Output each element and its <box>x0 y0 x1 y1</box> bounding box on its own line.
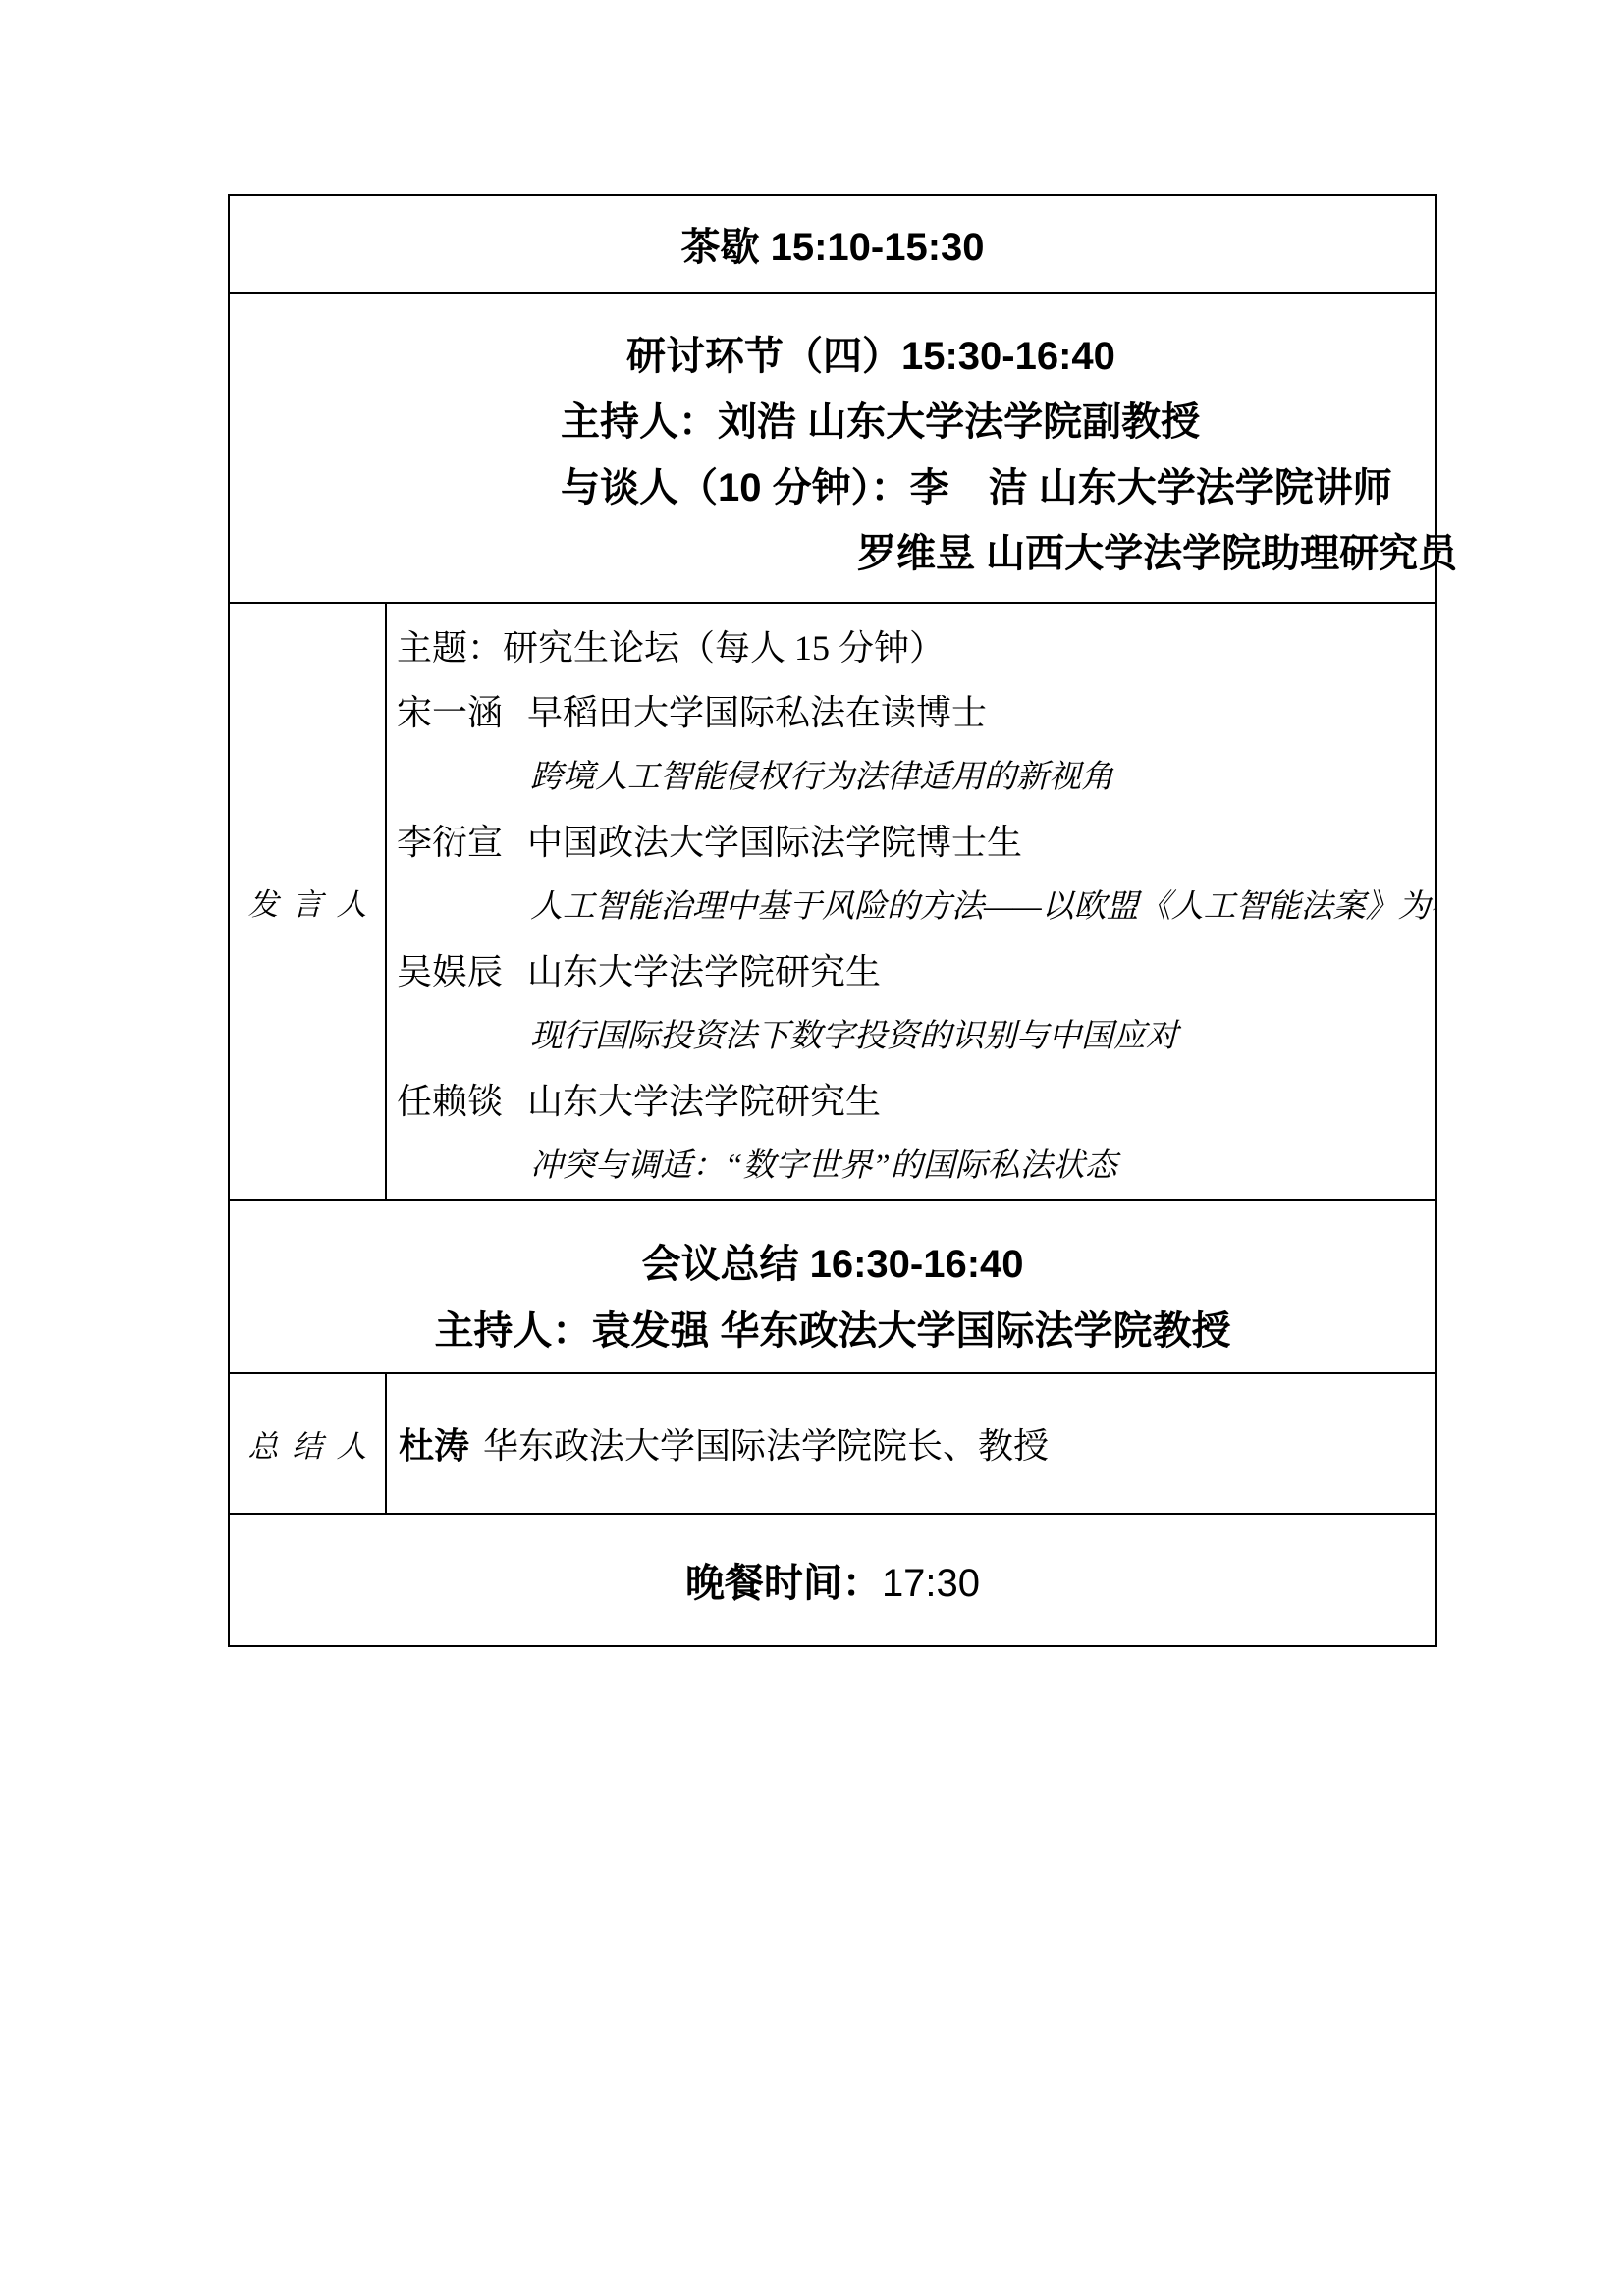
paper-title: 现行国际投资法下数字投资的识别与中国应对 <box>397 1004 1435 1069</box>
dinner-label: 晚餐时间： <box>685 1562 882 1605</box>
speakers-content-cell: 主题：研究生论坛（每人 15 分钟） 宋一涵早稻田大学国际私法在读博士 跨境人工… <box>387 604 1435 1199</box>
session4-title: 研讨环节（四）15:30-16:40 <box>626 324 1435 390</box>
speaker-affiliation: 早稻田大学国际私法在读博士 <box>527 693 987 732</box>
speaker-line: 吴娱辰山东大学法学院研究生 <box>397 939 1435 1004</box>
summarizer-line: 杜涛华东政法大学国际法学院院长、教授 <box>399 1418 1049 1468</box>
dinner-line: 晚餐时间：17:30 <box>685 1552 980 1608</box>
speakers-row: 发言人 主题：研究生论坛（每人 15 分钟） 宋一涵早稻田大学国际私法在读博士 … <box>230 604 1435 1201</box>
speaker-line: 李衍宣中国政法大学国际法学院博士生 <box>397 810 1435 875</box>
forum-topic-line: 主题：研究生论坛（每人 15 分钟） <box>397 615 1435 680</box>
tea-break-text: 茶歇 15:10-15:30 <box>680 216 984 272</box>
tea-break-row: 茶歇 15:10-15:30 <box>230 196 1435 294</box>
speaker-entry: 吴娱辰山东大学法学院研究生 现行国际投资法下数字投资的识别与中国应对 <box>397 939 1435 1069</box>
summarizer-label-cell: 总结人 <box>230 1374 387 1513</box>
summary-session-title: 会议总结 16:30-16:40 <box>230 1231 1435 1298</box>
speaker-entry: 李衍宣中国政法大学国际法学院博士生 人工智能治理中基于风险的方法——以欧盟《人工… <box>397 810 1435 939</box>
speaker-entry: 宋一涵早稻田大学国际私法在读博士 跨境人工智能侵权行为法律适用的新视角 <box>397 680 1435 810</box>
summarizer-row: 总结人 杜涛华东政法大学国际法学院院长、教授 <box>230 1374 1435 1515</box>
speaker-name: 吴娱辰 <box>397 939 527 1004</box>
summarizer-row-label: 总结人 <box>248 1421 381 1466</box>
speaker-line: 任赖锬山东大学法学院研究生 <box>397 1069 1435 1134</box>
session4-row: 研讨环节（四）15:30-16:40 主持人：刘浩 山东大学法学院副教授 与谈人… <box>230 294 1435 604</box>
speaker-name: 李衍宣 <box>397 810 527 875</box>
session4-discussant-2: 罗维昱 山西大学法学院助理研究员 <box>857 521 1435 587</box>
speaker-affiliation: 山东大学法学院研究生 <box>527 1082 881 1121</box>
speaker-affiliation: 中国政法大学国际法学院博士生 <box>527 823 1022 862</box>
speaker-name: 宋一涵 <box>397 680 527 745</box>
paper-title: 跨境人工智能侵权行为法律适用的新视角 <box>397 745 1435 810</box>
speaker-entry: 任赖锬山东大学法学院研究生 冲突与调适：“数字世界”的国际私法状态 <box>397 1069 1435 1199</box>
speakers-row-label: 发言人 <box>248 880 381 924</box>
summarizer-affiliation: 华东政法大学国际法学院院长、教授 <box>483 1426 1049 1466</box>
paper-title: 人工智能治理中基于风险的方法——以欧盟《人工智能法案》为视角 <box>397 875 1435 939</box>
speaker-name: 任赖锬 <box>397 1069 527 1134</box>
dinner-time: 17:30 <box>882 1562 980 1605</box>
speaker-affiliation: 山东大学法学院研究生 <box>527 952 881 991</box>
summarizer-content-cell: 杜涛华东政法大学国际法学院院长、教授 <box>387 1374 1435 1513</box>
summary-session-row: 会议总结 16:30-16:40 主持人：袁发强 华东政法大学国际法学院教授 <box>230 1201 1435 1374</box>
summarizer-name: 杜涛 <box>399 1425 469 1466</box>
summary-session-host: 主持人：袁发强 华东政法大学国际法学院教授 <box>230 1298 1435 1364</box>
session4-host: 主持人：刘浩 山东大学法学院副教授 <box>561 390 1435 455</box>
session4-discussant-1: 与谈人（10 分钟）：李 洁 山东大学法学院讲师 <box>561 455 1435 521</box>
agenda-table: 茶歇 15:10-15:30 研讨环节（四）15:30-16:40 主持人：刘浩… <box>228 194 1437 1647</box>
speakers-label-cell: 发言人 <box>230 604 387 1199</box>
speaker-line: 宋一涵早稻田大学国际私法在读博士 <box>397 680 1435 745</box>
paper-title: 冲突与调适：“数字世界”的国际私法状态 <box>397 1134 1435 1199</box>
document-page: 茶歇 15:10-15:30 研讨环节（四）15:30-16:40 主持人：刘浩… <box>0 0 1624 2296</box>
dinner-row: 晚餐时间：17:30 <box>230 1515 1435 1645</box>
